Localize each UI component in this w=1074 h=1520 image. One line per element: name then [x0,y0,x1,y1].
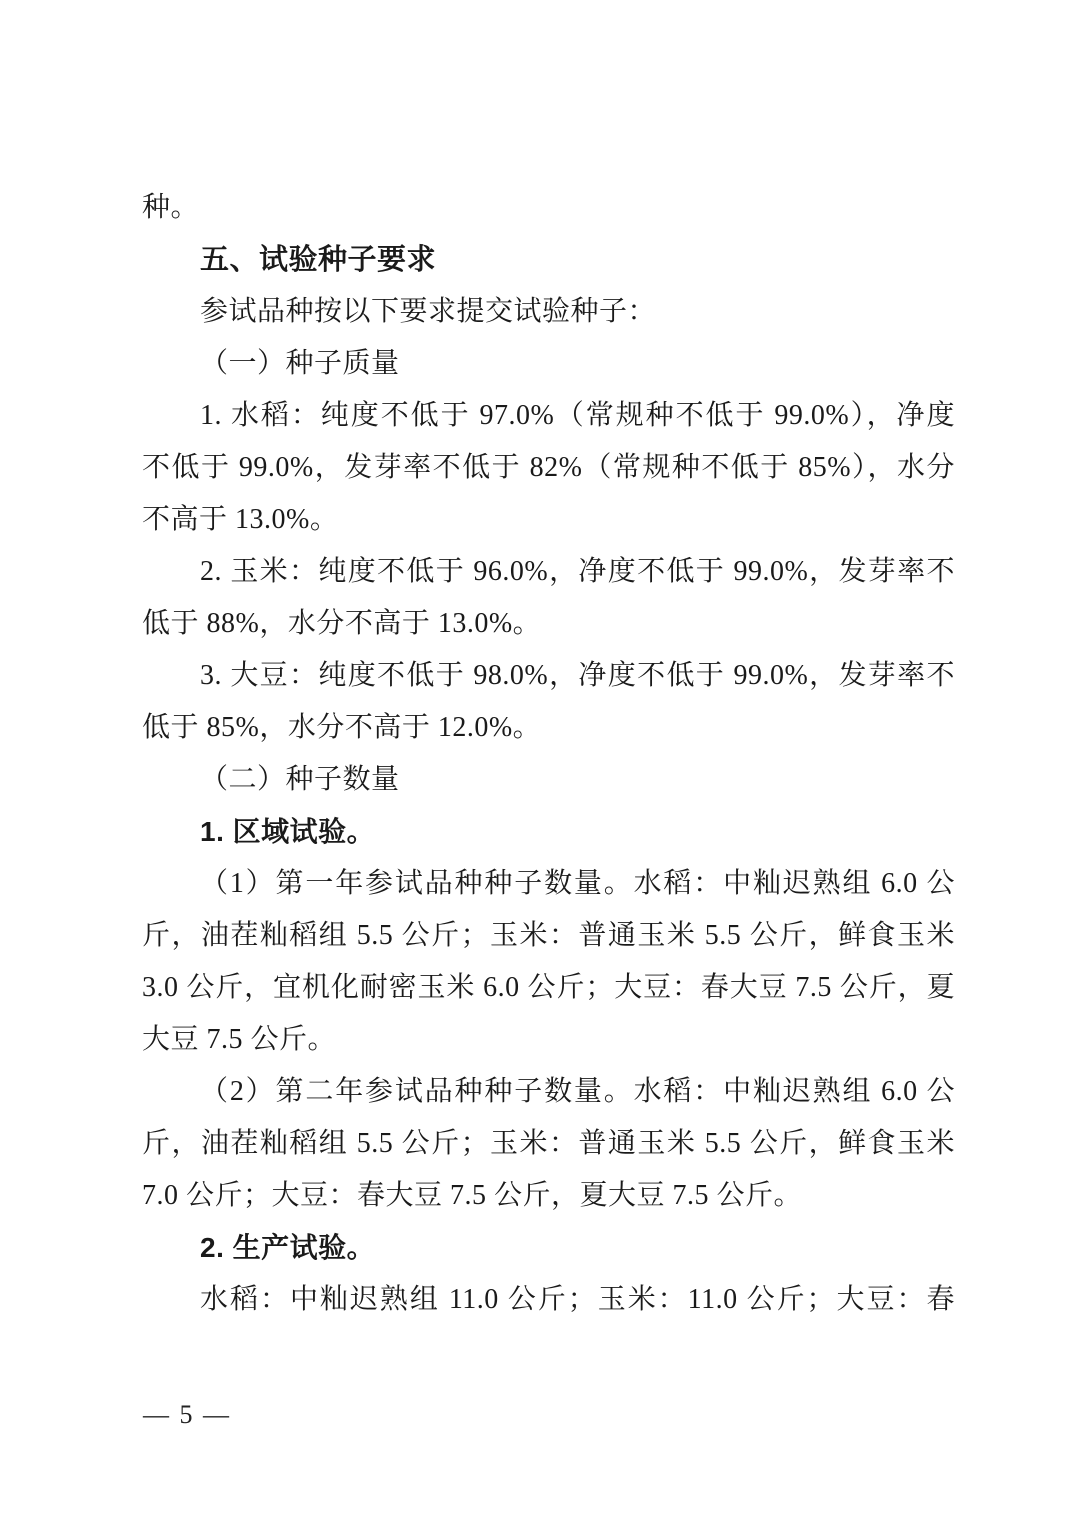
intro-line: 参试品种按以下要求提交试验种子： [142,286,955,338]
continuation-line: 种。 [142,182,955,234]
corn-quality-line-2: 低于 88%，水分不高于 13.0%。 [142,598,955,650]
rice-quality-line-3: 不高于 13.0%。 [142,494,955,546]
document-body: 种。 五、试验种子要求 参试品种按以下要求提交试验种子： （一）种子质量 1. … [142,182,955,1326]
rice-quality-line-1: 1. 水稻：纯度不低于 97.0%（常规种不低于 99.0%），净度 [142,390,955,442]
item-regional-trial: 1. 区域试验。 [142,806,955,858]
section-heading-5: 五、试验种子要求 [142,234,955,286]
second-year-line-3: 7.0 公斤；大豆：春大豆 7.5 公斤，夏大豆 7.5 公斤。 [142,1170,955,1222]
rice-quality-line-2: 不低于 99.0%，发芽率不低于 82%（常规种不低于 85%），水分 [142,442,955,494]
soybean-quality-line-2: 低于 85%，水分不高于 12.0%。 [142,702,955,754]
subheading-seed-quality: （一）种子质量 [142,338,955,390]
document-page: { "doc": { "lines": [ "种。", "五、试验种子要求", … [0,0,1074,1520]
item-production-trial: 2. 生产试验。 [142,1222,955,1274]
soybean-quality-line-1: 3. 大豆：纯度不低于 98.0%，净度不低于 99.0%，发芽率不 [142,650,955,702]
second-year-line-1: （2）第二年参试品种种子数量。水稻：中籼迟熟组 6.0 公 [142,1066,955,1118]
second-year-line-2: 斤，油茬籼稻组 5.5 公斤；玉米：普通玉米 5.5 公斤，鲜食玉米 [142,1118,955,1170]
corn-quality-line-1: 2. 玉米：纯度不低于 96.0%，净度不低于 99.0%，发芽率不 [142,546,955,598]
first-year-line-4: 大豆 7.5 公斤。 [142,1014,955,1066]
first-year-line-2: 斤，油茬籼稻组 5.5 公斤；玉米：普通玉米 5.5 公斤，鲜食玉米 [142,910,955,962]
subheading-seed-quantity: （二）种子数量 [142,754,955,806]
page-number: — 5 — [143,1397,231,1433]
first-year-line-1: （1）第一年参试品种种子数量。水稻：中籼迟熟组 6.0 公 [142,858,955,910]
first-year-line-3: 3.0 公斤，宜机化耐密玉米 6.0 公斤；大豆：春大豆 7.5 公斤，夏 [142,962,955,1014]
production-trial-line-1: 水稻：中籼迟熟组 11.0 公斤；玉米：11.0 公斤；大豆：春 [142,1274,955,1326]
